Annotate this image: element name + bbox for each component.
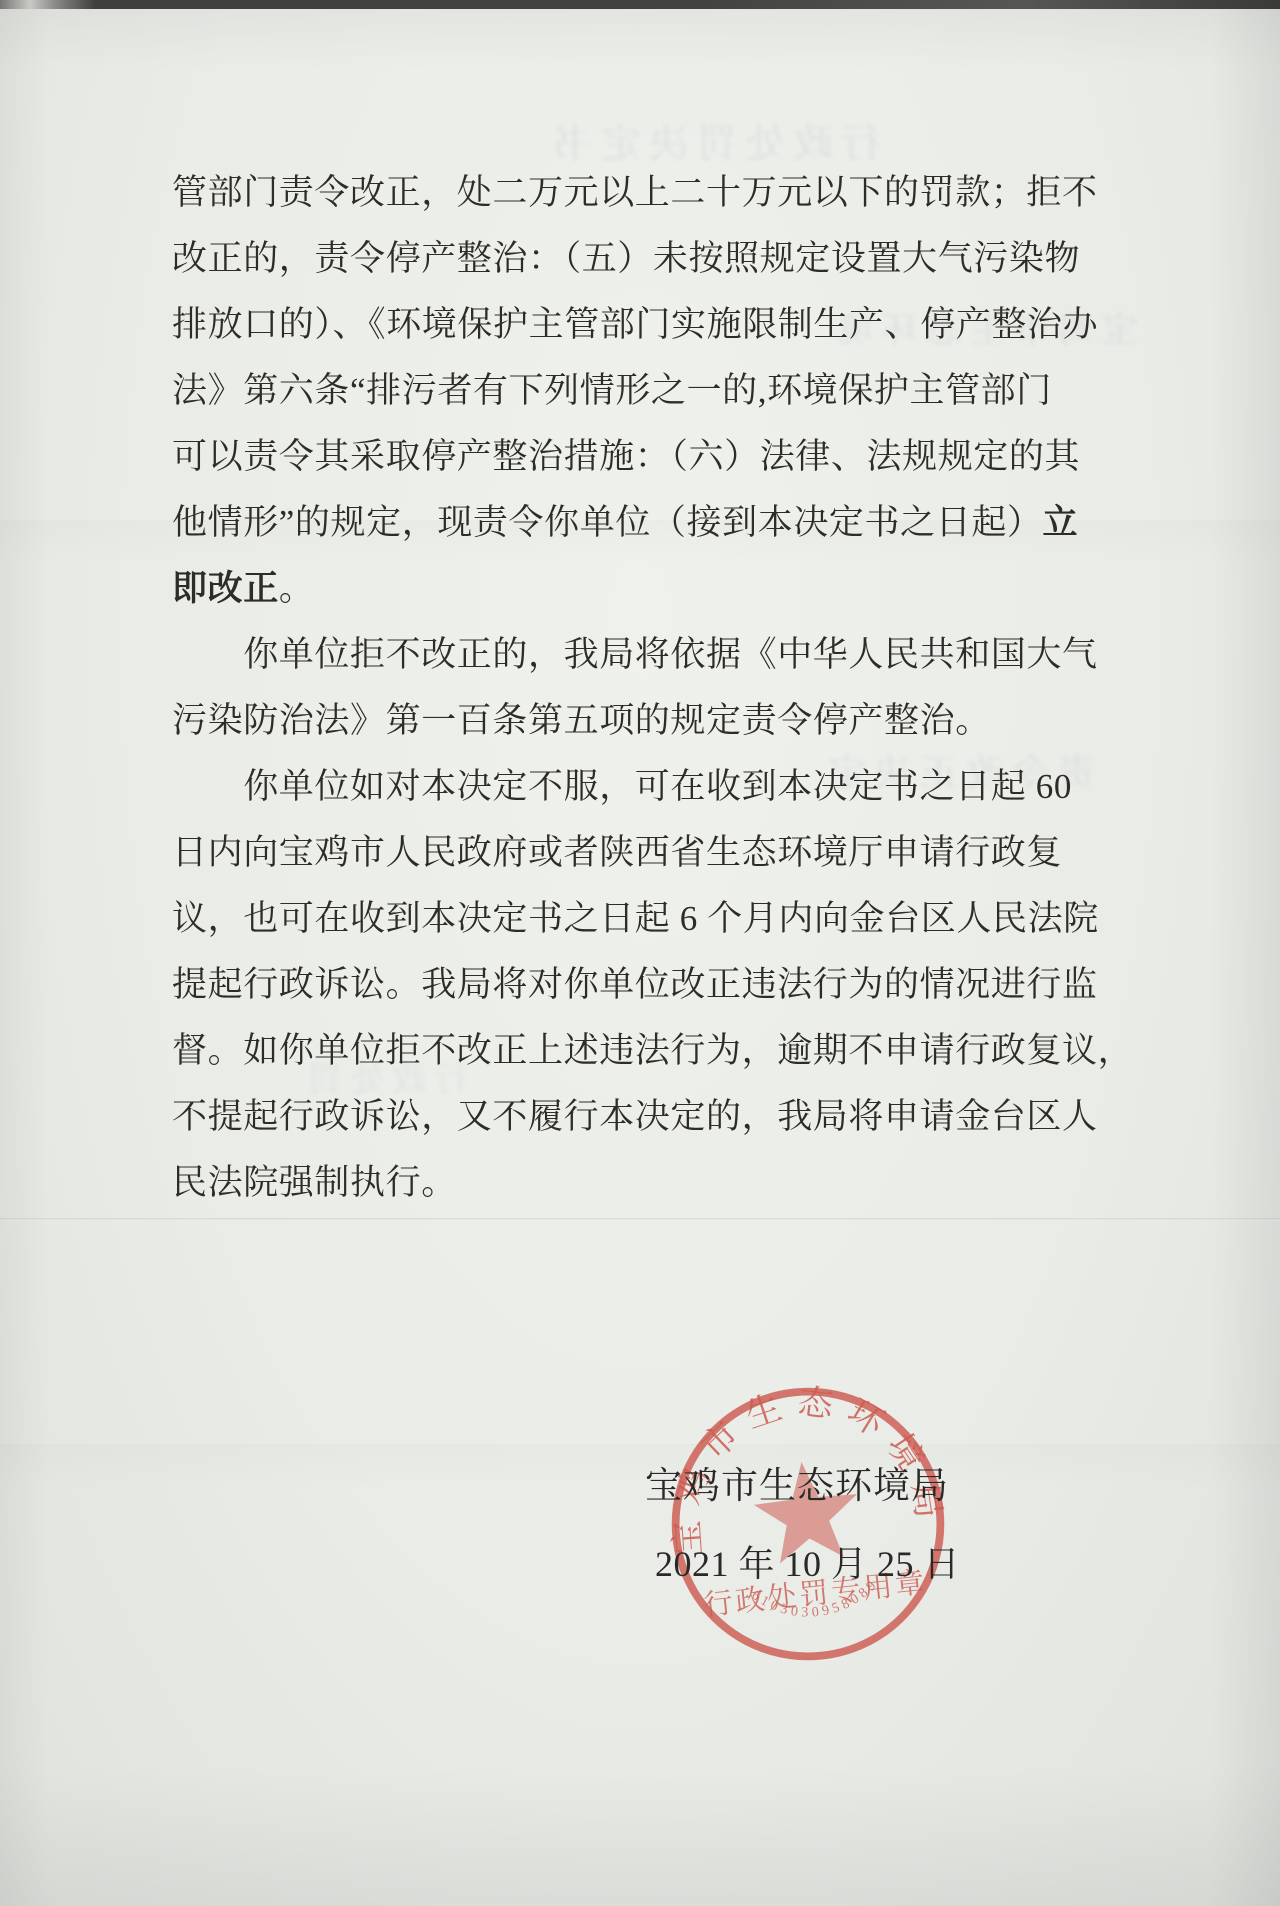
document-line: 污染防治法》第一百条第五项的规定责令停产整治。 xyxy=(172,688,1120,754)
document-line-segment: 他情形”的规定，现责令你单位（接到本决定书之日起） xyxy=(172,503,1043,542)
document-line-segment: 法》第六条“排污者有下列情形之一的,环境保护主管部门 xyxy=(172,371,1052,410)
document-line: 管部门责令改正，处二万元以上二十万元以下的罚款；拒不 xyxy=(172,160,1120,226)
document-line: 你单位拒不改正的，我局将依据《中华人民共和国大气 xyxy=(172,622,1120,688)
official-seal-graphic: 宝鸡市生态环境局 行政处罚专用章 6103030958089 xyxy=(648,1364,969,1685)
official-seal: 宝鸡市生态环境局 行政处罚专用章 6103030958089 xyxy=(648,1364,969,1685)
document-line: 即改正。 xyxy=(172,556,1120,622)
document-line: 提起行政诉讼。我局将对你单位改正违法行为的情况进行监 xyxy=(172,952,1120,1018)
document-line: 民法院强制执行。 xyxy=(172,1150,1120,1216)
document-line-segment: 议，也可在收到本决定书之日起 6 个月内向金台区人民法院 xyxy=(172,899,1099,938)
document-line-segment-bold: 即改正 xyxy=(172,569,279,608)
document-line: 督。如你单位拒不改正上述违法行为，逾期不申请行政复议， xyxy=(172,1018,1120,1084)
document-line: 他情形”的规定，现责令你单位（接到本决定书之日起）立 xyxy=(172,490,1120,556)
document-line: 排放口的）、《环境保护主管部门实施限制生产、停产整治办 xyxy=(172,292,1120,358)
document-line-segment: 日内向宝鸡市人民政府或者陕西省生态环境厅申请行政复 xyxy=(172,833,1062,872)
document-line: 不提起行政诉讼，又不履行本决定的，我局将申请金台区人 xyxy=(172,1084,1120,1150)
document-line: 日内向宝鸡市人民政府或者陕西省生态环境厅申请行政复 xyxy=(172,820,1120,886)
document-line-segment: 。 xyxy=(279,569,315,608)
paper-shading-band xyxy=(0,1444,1280,1488)
document-date: 2021 年 10 月 25 日 xyxy=(655,1536,960,1587)
document-line-segment: 污染防治法》第一百条第五项的规定责令停产整治。 xyxy=(172,701,991,740)
document-line-segment: 你单位拒不改正的，我局将依据《中华人民共和国大气 xyxy=(172,635,1098,674)
paper-crease-line xyxy=(0,1218,1280,1221)
document-line-segment: 排放口的）、《环境保护主管部门实施限制生产、停产整治办 xyxy=(172,305,1098,344)
document-body-text: 管部门责令改正，处二万元以上二十万元以下的罚款；拒不改正的，责令停产整治：（五）… xyxy=(172,160,1120,1216)
document-line-segment-bold: 立 xyxy=(1043,503,1079,542)
document-line-segment: 不提起行政诉讼，又不履行本决定的，我局将申请金台区人 xyxy=(172,1097,1098,1136)
document-line-segment: 督。如你单位拒不改正上述违法行为，逾期不申请行政复议， xyxy=(172,1031,1133,1070)
document-line-segment: 管部门责令改正，处二万元以上二十万元以下的罚款；拒不 xyxy=(172,173,1098,212)
document-line-segment: 可以责令其采取停产整治措施：（六）法律、法规规定的其 xyxy=(172,437,1080,476)
photo-top-edge xyxy=(0,0,1280,9)
document-line: 你单位如对本决定不服，可在收到本决定书之日起 60 xyxy=(172,754,1120,820)
issuing-authority-signature: 宝鸡市生态环境局 xyxy=(645,1455,949,1509)
document-line: 改正的，责令停产整治：（五）未按照规定设置大气污染物 xyxy=(172,226,1120,292)
document-line-segment: 改正的，责令停产整治：（五）未按照规定设置大气污染物 xyxy=(172,239,1080,278)
document-line-segment: 民法院强制执行。 xyxy=(172,1163,457,1202)
document-line-segment: 你单位如对本决定不服，可在收到本决定书之日起 60 xyxy=(172,767,1072,806)
document-line: 法》第六条“排污者有下列情形之一的,环境保护主管部门 xyxy=(172,358,1120,424)
document-line: 可以责令其采取停产整治措施：（六）法律、法规规定的其 xyxy=(172,424,1120,490)
document-line: 议，也可在收到本决定书之日起 6 个月内向金台区人民法院 xyxy=(172,886,1120,952)
document-line-segment: 提起行政诉讼。我局将对你单位改正违法行为的情况进行监 xyxy=(172,965,1098,1004)
